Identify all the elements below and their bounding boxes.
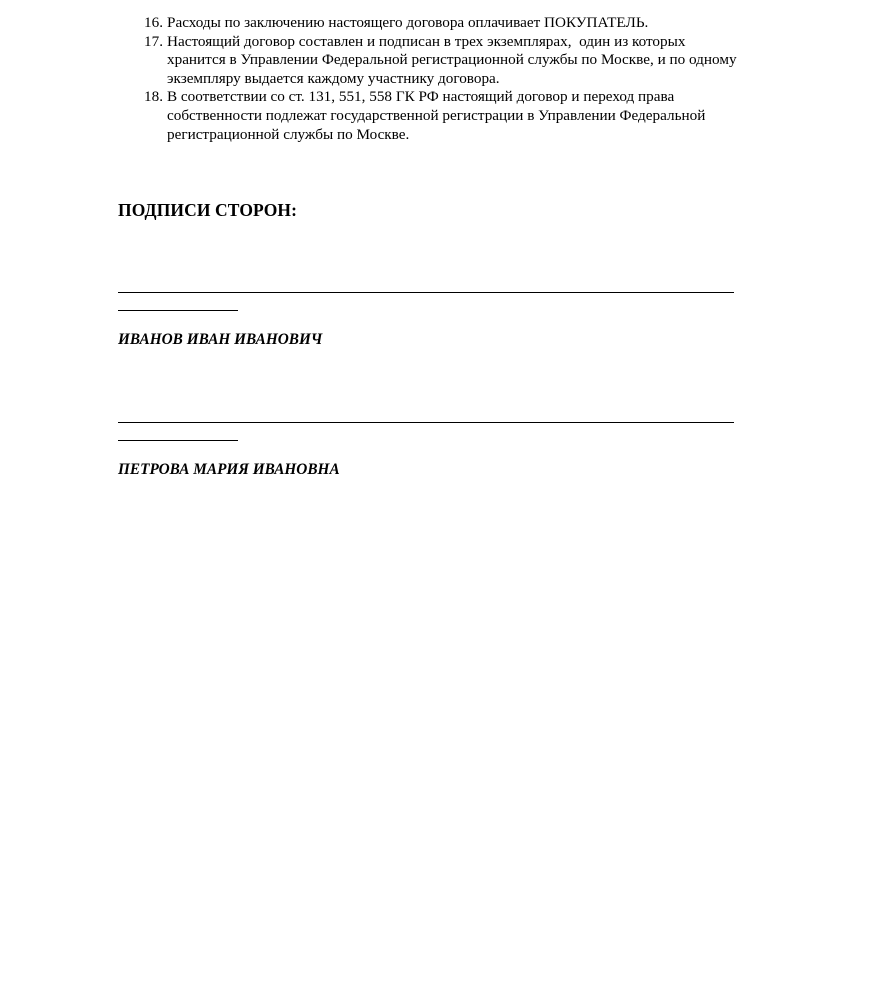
signatures-heading: ПОДПИСИ СТОРОН: — [118, 200, 297, 221]
document-page: 16. Расходы по заключению настоящего дог… — [0, 0, 870, 990]
signatory-name-1: ИВАНОВ ИВАН ИВАНОВИЧ — [118, 331, 322, 349]
clause-number: 17. — [144, 33, 163, 52]
signature-date-line — [118, 440, 238, 441]
clause-17: 17. Настоящий договор составлен и подпис… — [144, 33, 744, 89]
clause-text: Расходы по заключению настоящего договор… — [167, 14, 648, 31]
signature-line — [118, 292, 734, 293]
signature-line — [118, 422, 734, 423]
contract-clauses-list: 16. Расходы по заключению настоящего дог… — [144, 14, 744, 144]
clause-16: 16. Расходы по заключению настоящего дог… — [144, 14, 744, 33]
clause-text: Настоящий договор составлен и подписан в… — [167, 33, 740, 87]
clause-number: 16. — [144, 14, 163, 33]
clause-18: 18. В соответствии со ст. 131, 551, 558 … — [144, 88, 744, 144]
signature-date-line — [118, 310, 238, 311]
clause-number: 18. — [144, 88, 163, 107]
signatory-name-2: ПЕТРОВА МАРИЯ ИВАНОВНА — [118, 461, 340, 479]
clause-text: В соответствии со ст. 131, 551, 558 ГК Р… — [167, 88, 705, 142]
